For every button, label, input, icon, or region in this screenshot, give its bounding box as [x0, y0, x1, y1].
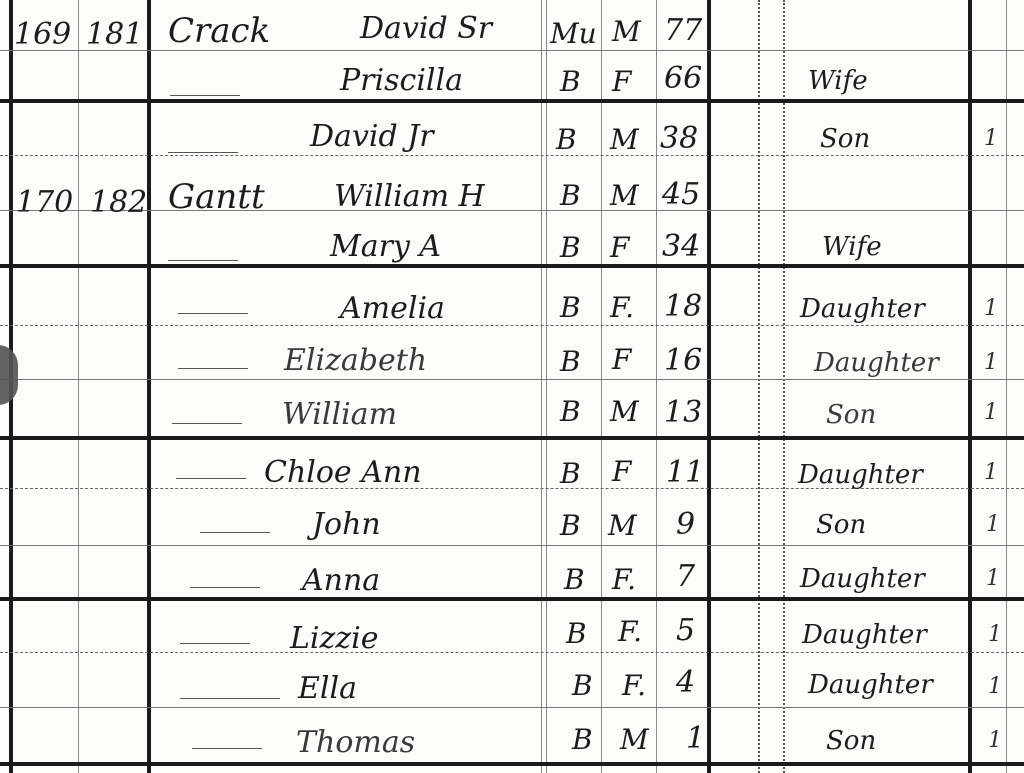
given-name: Priscilla [340, 66, 463, 96]
sex: F [612, 68, 631, 96]
ditto-dash [178, 368, 248, 369]
relationship: Daughter [802, 622, 927, 648]
sex: F [612, 346, 631, 374]
grid-line [0, 652, 1024, 653]
color: B [572, 672, 593, 700]
sex: F. [610, 294, 634, 322]
color: B [560, 234, 581, 262]
mark: 1 [984, 402, 998, 424]
grid-line [1006, 0, 1007, 773]
age: 4 [676, 668, 695, 698]
ditto-dash [178, 313, 248, 314]
age: 45 [662, 180, 700, 210]
color: B [564, 566, 585, 594]
given-name: Ella [298, 674, 357, 704]
color: B [566, 620, 587, 648]
grid-line [147, 0, 151, 773]
mark: 1 [984, 298, 998, 320]
age: 5 [676, 616, 695, 646]
given-name: Anna [302, 566, 380, 596]
relationship: Daughter [800, 566, 925, 592]
given-name: David Jr [310, 122, 434, 152]
color: B [560, 398, 581, 426]
ditto-dash [172, 423, 242, 424]
color: B [560, 68, 581, 96]
ditto-dash [200, 532, 270, 533]
color: B [572, 726, 593, 754]
family-number: 182 [90, 188, 147, 218]
given-name: William [282, 400, 397, 430]
mark: 1 [986, 514, 1000, 536]
color: Mu [550, 20, 597, 48]
grid-line [0, 597, 1024, 601]
ditto-dash [168, 152, 238, 153]
sex: M [612, 18, 641, 46]
given-name: Chloe Ann [264, 458, 422, 488]
grid-line [541, 0, 542, 773]
grid-line [0, 50, 1024, 51]
relationship: Daughter [798, 462, 923, 488]
age: 11 [666, 458, 704, 488]
sex: M [608, 512, 637, 540]
dwelling-number: 170 [16, 188, 73, 218]
ditto-dash [176, 478, 246, 479]
surname: Crack [168, 14, 270, 48]
grid-line [546, 0, 547, 773]
given-name: Elizabeth [284, 346, 427, 376]
grid-line [0, 762, 1024, 766]
relationship: Son [826, 402, 876, 428]
mark: 1 [984, 352, 998, 374]
age: 1 [686, 724, 705, 754]
surname: Gantt [168, 180, 265, 214]
grid-line [0, 707, 1024, 708]
census-page: 169 181 Crack David Sr Mu M 77 Priscilla… [0, 0, 1024, 773]
relationship: Daughter [800, 296, 925, 322]
ditto-dash [190, 587, 260, 588]
color: B [560, 512, 581, 540]
relationship: Wife [808, 68, 868, 94]
sex: M [620, 726, 649, 754]
grid-line [0, 436, 1024, 440]
mark: 1 [986, 568, 1000, 590]
color: B [560, 460, 581, 488]
given-name: David Sr [360, 14, 492, 44]
sex: M [610, 182, 639, 210]
age: 16 [664, 346, 702, 376]
mark: 1 [984, 128, 998, 150]
grid-line [0, 210, 1024, 211]
relationship: Daughter [814, 350, 939, 376]
color: B [560, 294, 581, 322]
ditto-dash [192, 748, 262, 749]
grid-line [656, 0, 657, 773]
age: 38 [660, 124, 698, 154]
family-number: 181 [86, 20, 143, 50]
given-name: Mary A [330, 232, 441, 262]
sex: F. [612, 566, 636, 594]
sex: F. [622, 672, 646, 700]
age: 66 [664, 64, 702, 94]
grid-line [968, 0, 972, 773]
sex: F [610, 234, 629, 262]
given-name: Thomas [296, 728, 415, 758]
color: B [556, 126, 577, 154]
grid-line [0, 545, 1024, 546]
given-name: William H [334, 182, 485, 212]
mark: 1 [988, 676, 1002, 698]
grid-line [78, 0, 79, 773]
mark: 1 [988, 624, 1002, 646]
ditto-dash [168, 260, 238, 261]
grid-line [0, 264, 1024, 268]
relationship: Son [820, 126, 870, 152]
grid-line [0, 379, 1024, 380]
relationship: Daughter [808, 672, 933, 698]
grid-line [783, 0, 785, 773]
sex: F. [618, 618, 642, 646]
given-name: Amelia [340, 294, 445, 324]
grid-line [0, 325, 1024, 326]
grid-line [0, 155, 1024, 156]
grid-line [758, 0, 760, 773]
mark: 1 [988, 730, 1002, 752]
sex: M [610, 398, 639, 426]
grid-line [707, 0, 711, 773]
mark: 1 [984, 462, 998, 484]
age: 34 [662, 232, 700, 262]
ditto-dash [180, 698, 280, 699]
ditto-dash [170, 95, 240, 96]
color: B [560, 182, 581, 210]
color: B [560, 348, 581, 376]
side-drag-handle[interactable] [0, 345, 18, 405]
age: 13 [664, 398, 702, 428]
age: 77 [664, 16, 702, 46]
sex: M [610, 126, 639, 154]
age: 9 [676, 510, 695, 540]
grid-line [0, 99, 1024, 103]
relationship: Son [816, 512, 866, 538]
age: 7 [676, 562, 695, 592]
grid-line [601, 0, 602, 773]
dwelling-number: 169 [14, 20, 71, 50]
ditto-dash [180, 643, 250, 644]
relationship: Son [826, 728, 876, 754]
given-name: Lizzie [290, 624, 378, 654]
relationship: Wife [822, 234, 882, 260]
sex: F [612, 458, 631, 486]
age: 18 [664, 292, 702, 322]
given-name: John [312, 510, 381, 540]
